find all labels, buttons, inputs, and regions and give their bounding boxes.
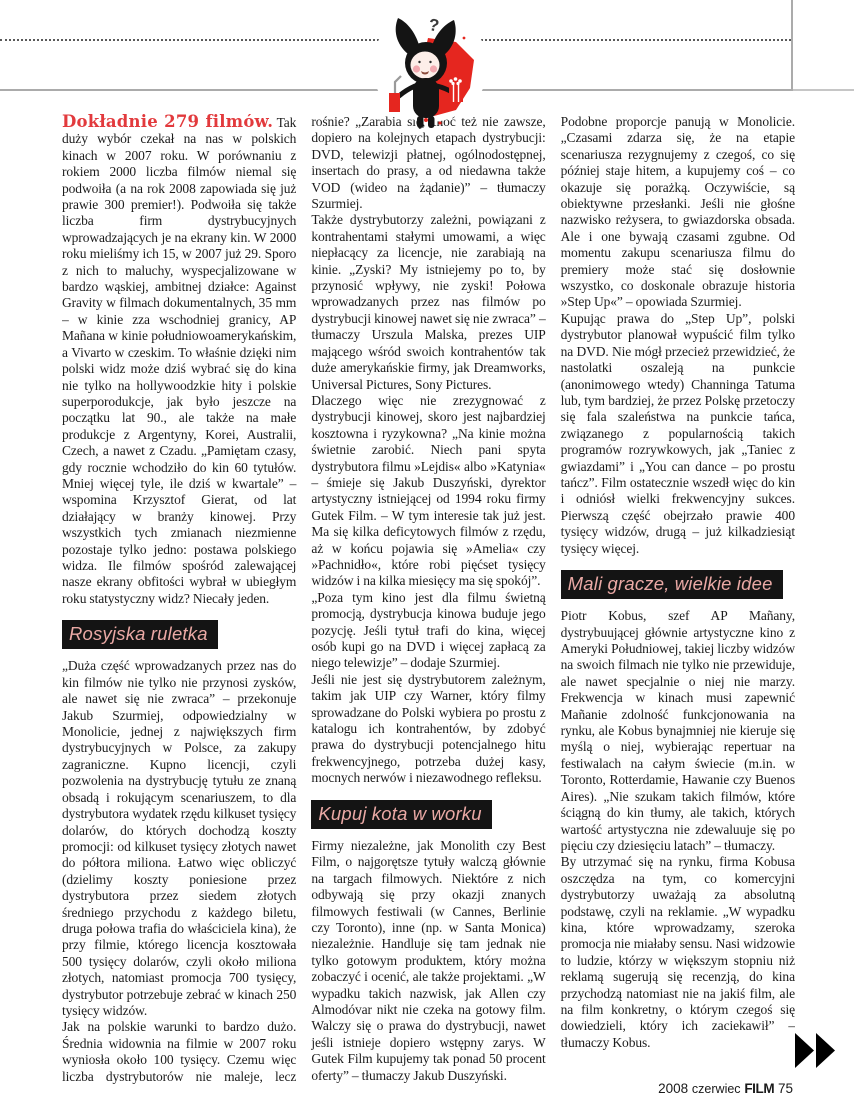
intro-paragraph: Dokładnie 279 filmów. Tak duży wybór cze… <box>62 114 296 607</box>
article-body: Dokładnie 279 filmów. Tak duży wybór cze… <box>62 114 795 1092</box>
splash-drop <box>424 118 428 122</box>
lead-heading: Dokładnie 279 filmów. <box>62 114 273 131</box>
splash-drop <box>438 121 441 124</box>
bunny-leg <box>417 116 424 128</box>
paragraph: Kupując prawa do „Step Up”, polski dystr… <box>561 311 795 557</box>
paragraph: Dlaczego więc nie zrezygnować z dystrybu… <box>311 393 545 590</box>
paragraph: By utrzymać się na rynku, firma Kobusa o… <box>561 854 795 1051</box>
section-heading-roulette: Rosyjska ruletka <box>62 620 218 649</box>
bunny-cheek <box>430 65 437 72</box>
paragraph: Jeśli nie jest się dystrybutorem zależny… <box>311 672 545 787</box>
top-right-vertical-rule <box>791 0 793 90</box>
section-heading-players: Mali gracze, wielkie idee <box>561 570 783 599</box>
page-number: 75 <box>778 1081 793 1096</box>
paragraph: Także dystrybutorzy zależni, powiązani z… <box>311 212 545 392</box>
paragraph: „Poza tym kino jest dla filmu świetną pr… <box>311 590 545 672</box>
popcorn-box <box>449 84 463 102</box>
intro-text: Tak duży wybór czekał na nas w polskich … <box>62 115 296 606</box>
magazine-page: ? Dokładnie <box>0 0 854 1119</box>
page-continuation-arrows-icon <box>795 1033 837 1069</box>
paragraph: Piotr Kobus, szef AP Mañany, dystrybuują… <box>561 608 795 854</box>
bunny-cheek <box>413 65 420 72</box>
paragraph: Podobne proporcje panują w Monolicie. „C… <box>561 114 795 311</box>
mascot-illustration: ? <box>368 8 492 130</box>
page-footer: 2008 czerwiec FILM 75 <box>0 1081 793 1096</box>
bunny-eye <box>429 61 431 63</box>
bunny-leg <box>428 116 435 128</box>
section-heading-cat: Kupuj kota w worku <box>311 800 491 829</box>
splash-drop <box>463 37 466 40</box>
bunny-eye <box>418 61 420 63</box>
paragraph: „Duża część wprowadzanych przez nas do k… <box>62 658 296 1019</box>
header-rule-light-segment <box>793 89 854 91</box>
drink-cup <box>389 93 400 112</box>
paragraph: Firmy niezależne, jak Monolith czy Best … <box>311 838 545 1084</box>
footer-month: czerwiec <box>692 1082 741 1096</box>
footer-year: 2008 <box>658 1081 688 1096</box>
bunny-body <box>413 78 439 118</box>
magazine-logo: FILM <box>744 1081 774 1096</box>
